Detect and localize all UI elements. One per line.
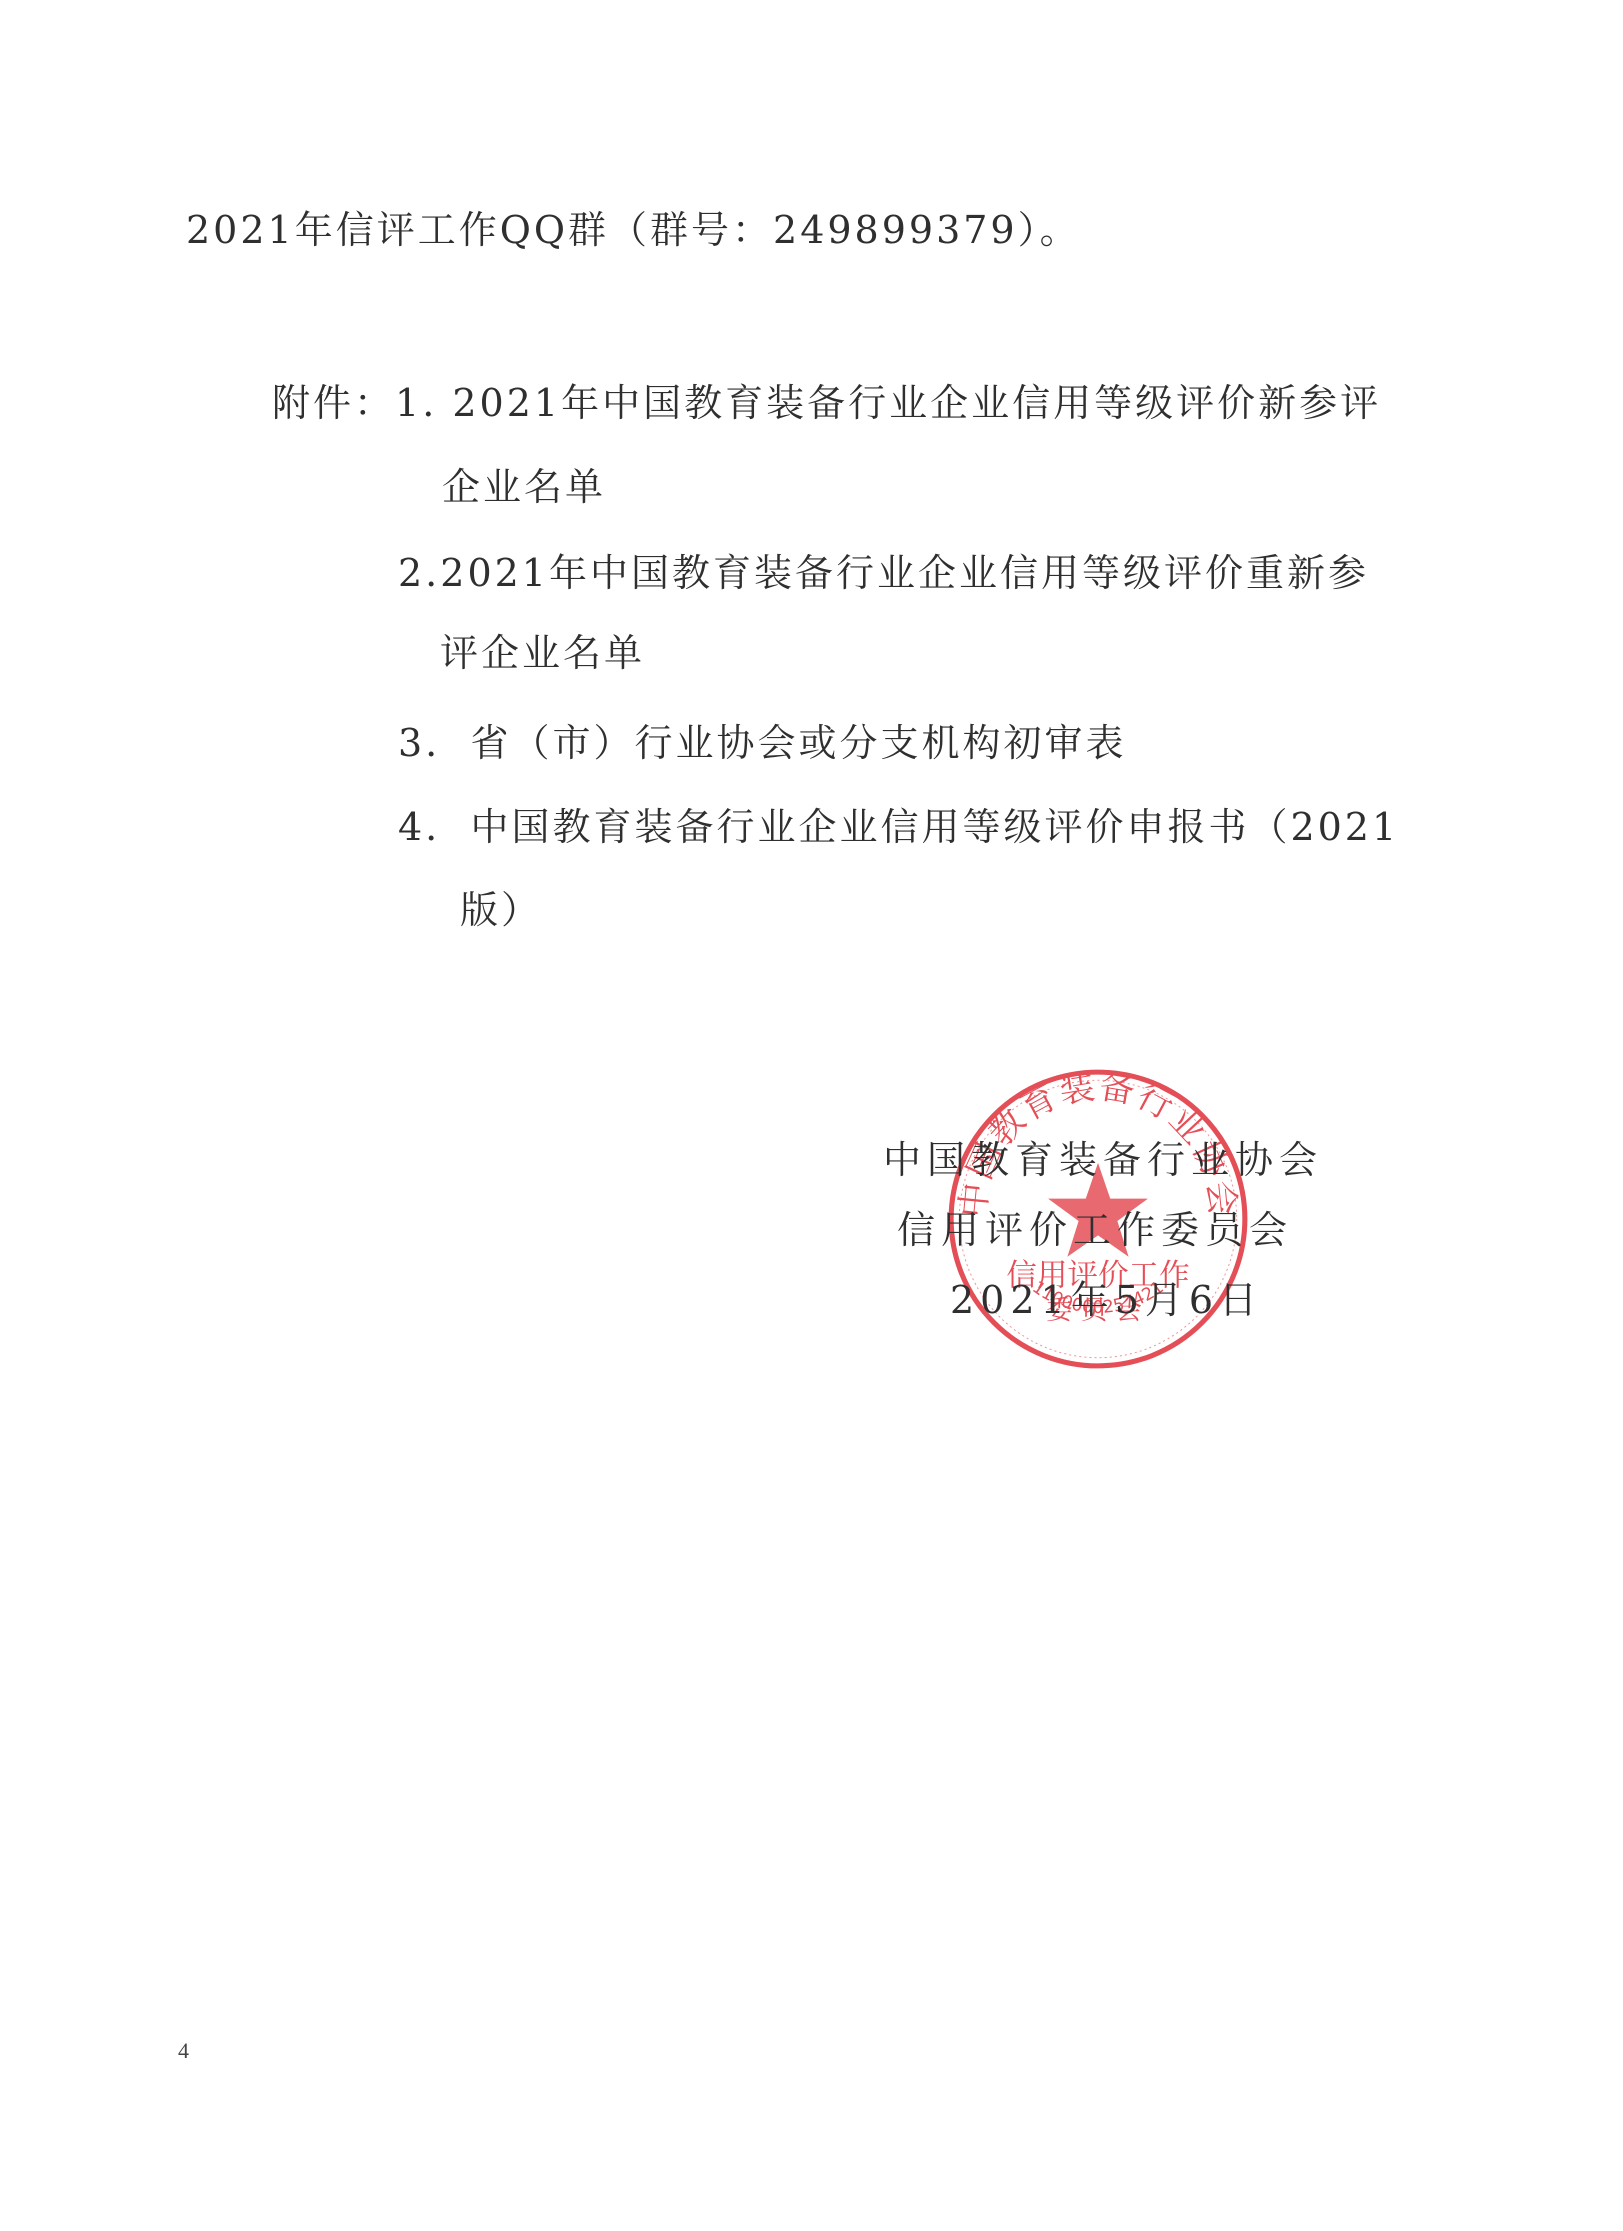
attachment-item-3: 3. 省（市）行业协会或分支机构初审表 — [398, 724, 1126, 762]
attachment-title: 中国教育装备行业企业信用等级评价申报书（2021 — [470, 805, 1399, 849]
attachment-item-1: 附件：1. 2021年中国教育装备行业企业信用等级评价新参评 — [272, 384, 1381, 422]
attachment-title: 省（市）行业协会或分支机构初审表 — [470, 721, 1126, 765]
attachments-label: 附件： — [272, 381, 395, 425]
signature-date: 2021年5月6日 — [950, 1281, 1263, 1319]
attachment-item-2-continued: 评企业名单 — [440, 634, 645, 672]
signature-org-line2: 信用评价工作委员会 — [897, 1211, 1293, 1249]
attachment-number: 2. — [398, 551, 440, 595]
intro-line: 2021年信评工作QQ群（群号：249899379）。 — [186, 211, 1081, 249]
attachment-item-1-continued: 企业名单 — [442, 468, 606, 506]
signature-org-line1: 中国教育装备行业协会 — [883, 1141, 1323, 1179]
attachment-item-2: 2.2021年中国教育装备行业企业信用等级评价重新参 — [398, 554, 1369, 592]
attachment-title: 2021年中国教育装备行业企业信用等级评价新参评 — [452, 381, 1381, 425]
attachment-number: 3. — [398, 721, 440, 765]
attachment-item-4-continued: 版） — [460, 891, 542, 929]
attachment-item-4: 4. 中国教育装备行业企业信用等级评价申报书（2021 — [398, 808, 1399, 846]
page-number: 4 — [178, 2038, 189, 2064]
attachment-title: 2021年中国教育装备行业企业信用等级评价重新参 — [440, 551, 1369, 595]
attachment-number: 1. — [395, 381, 437, 425]
attachment-number: 4. — [398, 805, 440, 849]
